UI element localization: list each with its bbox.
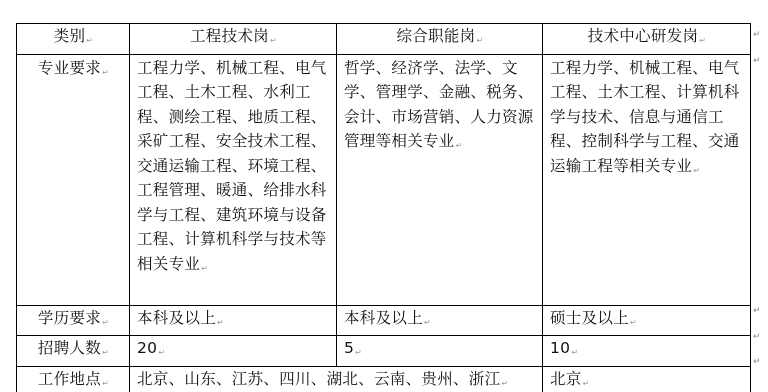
column-header-general: 综合职能岗↵ (337, 24, 543, 55)
paragraph-mark-icon: ↵ (477, 36, 484, 45)
column-header-text: 工程技术岗 (190, 27, 269, 45)
paragraph-mark-icon: ↵ (270, 36, 277, 45)
paragraph-mark-icon: ↵ (693, 166, 700, 175)
recruitment-table: 类别↵ 工程技术岗↵ 综合职能岗↵ 技术中心研发岗↵ 专业要求↵ 工程力学、机械… (16, 23, 751, 392)
major-label-cell: 专业要求↵ (17, 54, 130, 305)
cell-text: 工程力学、机械工程、电气工程、土木工程、计算机科学与技术、信息与通信工程、控制科… (550, 59, 740, 175)
education-engineering-cell: 本科及以上↵ (130, 305, 337, 336)
cell-text: 本科及以上 (137, 309, 216, 327)
row-end-mark-icon: ↵ (753, 31, 761, 40)
cell-text: 10 (550, 339, 570, 357)
table-row-location: 工作地点↵ 北京、山东、江苏、四川、湖北、云南、贵州、浙江↵ 北京↵ (17, 366, 751, 392)
column-header-text: 综合职能岗 (396, 27, 475, 45)
headcount-engineering-cell: 20↵ (130, 336, 337, 367)
headcount-rnd-cell: 10↵ (543, 336, 751, 367)
row-end-mark-icon: ↵ (753, 57, 761, 66)
paragraph-mark-icon: ↵ (201, 264, 208, 273)
column-header-engineering: 工程技术岗↵ (130, 24, 337, 55)
paragraph-mark-icon: ↵ (456, 141, 463, 150)
cell-text: 北京、山东、江苏、四川、湖北、云南、贵州、浙江 (137, 370, 500, 388)
location-rnd-cell: 北京↵ (543, 366, 751, 392)
table-header-row: 类别↵ 工程技术岗↵ 综合职能岗↵ 技术中心研发岗↵ (17, 24, 751, 55)
cell-text: 5 (344, 339, 354, 357)
cell-text: 20 (137, 339, 157, 357)
headcount-label-cell: 招聘人数↵ (17, 336, 130, 367)
paragraph-mark-icon: ↵ (501, 379, 508, 388)
cell-text: 硕士及以上 (550, 309, 629, 327)
row-label: 学历要求 (38, 309, 101, 327)
education-rnd-cell: 硕士及以上↵ (543, 305, 751, 336)
column-header-rnd: 技术中心研发岗↵ (543, 24, 751, 55)
row-end-mark-icon: ↵ (753, 333, 761, 342)
major-rnd-cell: 工程力学、机械工程、电气工程、土木工程、计算机科学与技术、信息与通信工程、控制科… (543, 54, 751, 305)
cell-text: 哲学、经济学、法学、文学、管理学、金融、税务、会计、市场营销、人力资源管理等相关… (344, 59, 534, 151)
row-label: 招聘人数 (38, 339, 101, 357)
row-label: 工作地点 (38, 370, 101, 388)
paragraph-mark-icon: ↵ (583, 379, 590, 388)
headcount-general-cell: 5↵ (337, 336, 543, 367)
education-label-cell: 学历要求↵ (17, 305, 130, 336)
major-engineering-cell: 工程力学、机械工程、电气工程、土木工程、水利工程、测绘工程、地质工程、采矿工程、… (130, 54, 337, 305)
table-row-headcount: 招聘人数↵ 20↵ 5↵ 10↵ (17, 336, 751, 367)
cell-text: 北京 (550, 370, 582, 388)
column-header-text: 技术中心研发岗 (588, 27, 699, 45)
paragraph-mark-icon: ↵ (102, 348, 109, 357)
row-end-marks: ↵ ↵ ↵ ↵ ↵ (753, 0, 765, 392)
paragraph-mark-icon: ↵ (217, 318, 224, 327)
paragraph-mark-icon: ↵ (102, 379, 109, 388)
category-header-cell: 类别↵ (17, 24, 130, 55)
education-general-cell: 本科及以上↵ (337, 305, 543, 336)
paragraph-mark-icon: ↵ (102, 68, 109, 77)
row-end-mark-icon: ↵ (753, 307, 761, 316)
cell-text: 本科及以上 (344, 309, 423, 327)
table-row-education: 学历要求↵ 本科及以上↵ 本科及以上↵ 硕士及以上↵ (17, 305, 751, 336)
paragraph-mark-icon: ↵ (630, 318, 637, 327)
paragraph-mark-icon: ↵ (102, 318, 109, 327)
paragraph-mark-icon: ↵ (699, 36, 706, 45)
location-merged-cell: 北京、山东、江苏、四川、湖北、云南、贵州、浙江↵ (130, 366, 543, 392)
paragraph-mark-icon: ↵ (424, 318, 431, 327)
paragraph-mark-icon: ↵ (86, 36, 93, 45)
location-label-cell: 工作地点↵ (17, 366, 130, 392)
cell-text: 工程力学、机械工程、电气工程、土木工程、水利工程、测绘工程、地质工程、采矿工程、… (137, 59, 327, 273)
paragraph-mark-icon: ↵ (355, 348, 362, 357)
table-row-major: 专业要求↵ 工程力学、机械工程、电气工程、土木工程、水利工程、测绘工程、地质工程… (17, 54, 751, 305)
paragraph-mark-icon: ↵ (158, 348, 165, 357)
paragraph-mark-icon: ↵ (571, 348, 578, 357)
row-end-mark-icon: ↵ (753, 358, 761, 367)
category-header-text: 类别 (54, 27, 86, 45)
row-label: 专业要求 (38, 59, 101, 77)
major-general-cell: 哲学、经济学、法学、文学、管理学、金融、税务、会计、市场营销、人力资源管理等相关… (337, 54, 543, 305)
